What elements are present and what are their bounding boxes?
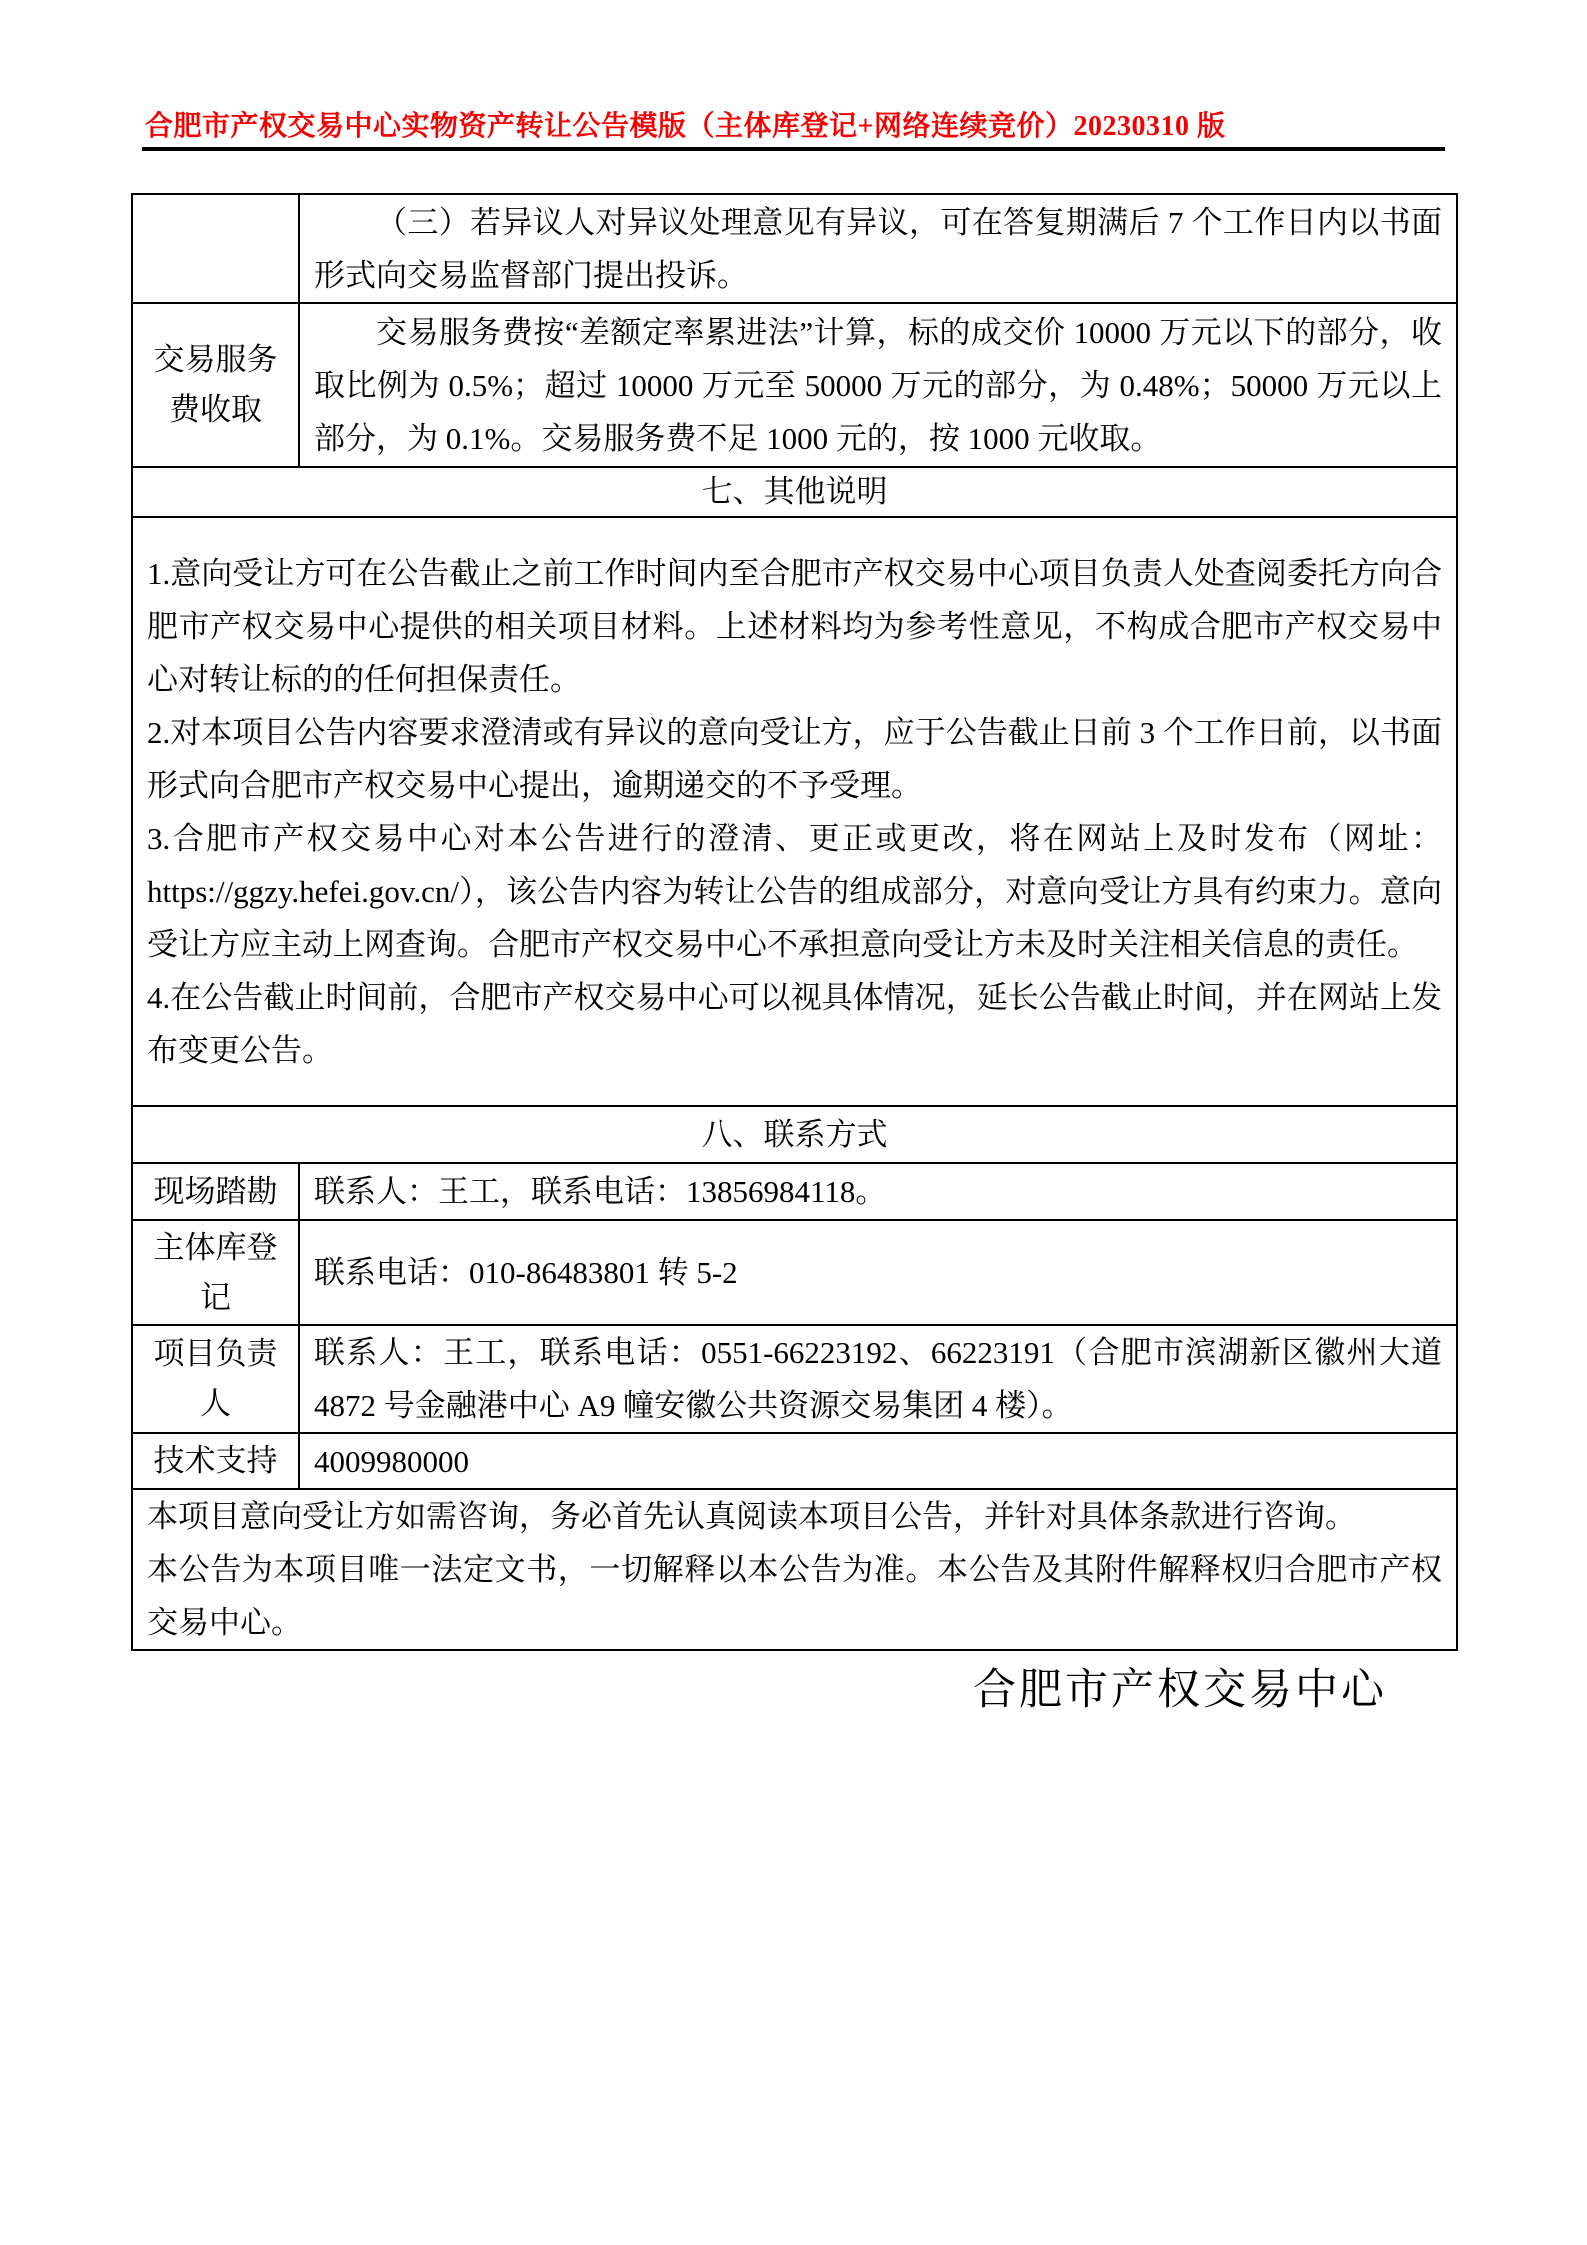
- page: 合肥市产权交易中心实物资产转让公告模版（主体库登记+网络连续竞价）2023031…: [0, 0, 1587, 2245]
- service-fee-row: 交易服务费收取 交易服务费按“差额定率累进法”计算，标的成交价 10000 万元…: [133, 302, 1456, 466]
- other-notes-cell: 1.意向受让方可在公告截止之前工作时间内至合肥市产权交易中心项目负责人处查阅委托…: [133, 518, 1456, 1105]
- header-divider: [142, 147, 1445, 151]
- objection-row: （三）若异议人对异议处理意见有异议，可在答复期满后 7 个工作日内以书面形式向交…: [133, 195, 1456, 302]
- contact-row-registry-text: 联系电话：010-86483801 转 5-2: [314, 1246, 1442, 1299]
- service-fee-text: 交易服务费按“差额定率累进法”计算，标的成交价 10000 万元以下的部分，收取…: [314, 306, 1442, 465]
- section-title-contact-text: 八、联系方式: [133, 1107, 1456, 1162]
- contact-row-registry-label: 主体库登记: [133, 1221, 300, 1324]
- service-fee-label: 交易服务费收取: [133, 304, 300, 466]
- contact-row-tech-support-value: 4009980000: [300, 1434, 1456, 1488]
- contact-row-site-visit: 现场踏勘 联系人：王工，联系电话：13856984118。: [133, 1162, 1456, 1219]
- other-note-paragraph-1: 1.意向受让方可在公告截止之前工作时间内至合肥市产权交易中心项目负责人处查阅委托…: [147, 547, 1442, 706]
- contact-row-project-manager-label: 项目负责人: [133, 1326, 300, 1432]
- contact-row-project-manager-value: 联系人：王工，联系电话：0551-66223192、66223191（合肥市滨湖…: [300, 1326, 1456, 1432]
- signature: 合肥市产权交易中心: [973, 1656, 1387, 1717]
- other-note-paragraph-3: 3.合肥市产权交易中心对本公告进行的澄清、更正或更改，将在网站上及时发布（网址：…: [147, 812, 1442, 971]
- contact-row-site-visit-value: 联系人：王工，联系电话：13856984118。: [300, 1164, 1456, 1219]
- announcement-table: （三）若异议人对异议处理意见有异议，可在答复期满后 7 个工作日内以书面形式向交…: [131, 193, 1458, 1651]
- document-title: 合肥市产权交易中心实物资产转让公告模版（主体库登记+网络连续竞价）2023031…: [145, 104, 1225, 144]
- objection-row-value: （三）若异议人对异议处理意见有异议，可在答复期满后 7 个工作日内以书面形式向交…: [300, 195, 1456, 302]
- contact-row-project-manager-text: 联系人：王工，联系电话：0551-66223192、66223191（合肥市滨湖…: [314, 1326, 1442, 1432]
- section-title-other-notes: 七、其他说明: [133, 466, 1456, 516]
- other-notes-row: 1.意向受让方可在公告截止之前工作时间内至合肥市产权交易中心项目负责人处查阅委托…: [133, 516, 1456, 1105]
- footer-note-line-1: 本项目意向受让方如需咨询，务必首先认真阅读本项目公告，并针对具体条款进行咨询。: [147, 1490, 1442, 1543]
- objection-text: （三）若异议人对异议处理意见有异议，可在答复期满后 7 个工作日内以书面形式向交…: [314, 196, 1442, 302]
- contact-row-registry: 主体库登记 联系电话：010-86483801 转 5-2: [133, 1219, 1456, 1324]
- other-note-paragraph-2: 2.对本项目公告内容要求澄清或有异议的意向受让方，应于公告截止日前 3 个工作日…: [147, 706, 1442, 812]
- footer-note-line-2: 本公告为本项目唯一法定文书，一切解释以本公告为准。本公告及其附件解释权归合肥市产…: [147, 1543, 1442, 1649]
- contact-row-project-manager: 项目负责人 联系人：王工，联系电话：0551-66223192、66223191…: [133, 1324, 1456, 1432]
- service-fee-value: 交易服务费按“差额定率累进法”计算，标的成交价 10000 万元以下的部分，收取…: [300, 304, 1456, 466]
- contact-row-registry-value: 联系电话：010-86483801 转 5-2: [300, 1221, 1456, 1324]
- contact-row-tech-support: 技术支持 4009980000: [133, 1432, 1456, 1488]
- footer-notes-cell: 本项目意向受让方如需咨询，务必首先认真阅读本项目公告，并针对具体条款进行咨询。 …: [133, 1490, 1456, 1649]
- objection-row-label-empty: [133, 195, 300, 302]
- other-note-paragraph-4: 4.在公告截止时间前，合肥市产权交易中心可以视具体情况，延长公告截止时间，并在网…: [147, 971, 1442, 1077]
- footer-notes-row: 本项目意向受让方如需咨询，务必首先认真阅读本项目公告，并针对具体条款进行咨询。 …: [133, 1488, 1456, 1649]
- section-title-other-notes-text: 七、其他说明: [133, 468, 1456, 516]
- section-title-contact: 八、联系方式: [133, 1105, 1456, 1162]
- contact-row-tech-support-text: 4009980000: [314, 1435, 1442, 1488]
- contact-row-site-visit-label: 现场踏勘: [133, 1164, 300, 1219]
- contact-row-tech-support-label: 技术支持: [133, 1434, 300, 1488]
- contact-row-site-visit-text: 联系人：王工，联系电话：13856984118。: [314, 1165, 1442, 1218]
